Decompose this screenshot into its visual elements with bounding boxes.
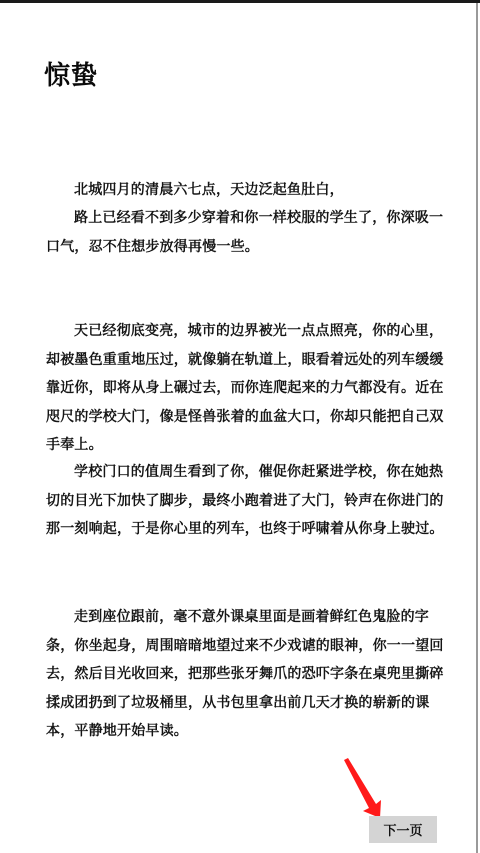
paragraph-3: 天已经彻底变亮，城市的边界被光一点点照亮，你的心里，却被墨色重重地压过，就像躺在… (46, 317, 446, 460)
red-arrow-annotation-icon (340, 758, 385, 820)
paragraph-1: 北城四月的清晨六七点，天边泛起鱼肚白， (46, 176, 446, 205)
article-title: 惊蛰 (44, 55, 98, 92)
paragraph-4: 学校门口的值周生看到了你，催促你赶紧进学校，你在她热切的目光下加快了脚步，最终小… (46, 458, 446, 544)
next-page-button[interactable]: 下一页 (369, 816, 437, 843)
paragraph-5: 走到座位跟前，毫不意外课桌里面是画着鲜红色鬼脸的字条，你坐起身，周围暗暗地望过来… (46, 603, 446, 746)
right-edge-border (476, 3, 478, 853)
paragraph-2: 路上已经看不到多少穿着和你一样校服的学生了，你深吸一口气，忍不住想步放得再慢一些… (46, 204, 446, 261)
reader-page: 惊蛰 北城四月的清晨六七点，天边泛起鱼肚白， 路上已经看不到多少穿着和你一样校服… (0, 3, 476, 853)
